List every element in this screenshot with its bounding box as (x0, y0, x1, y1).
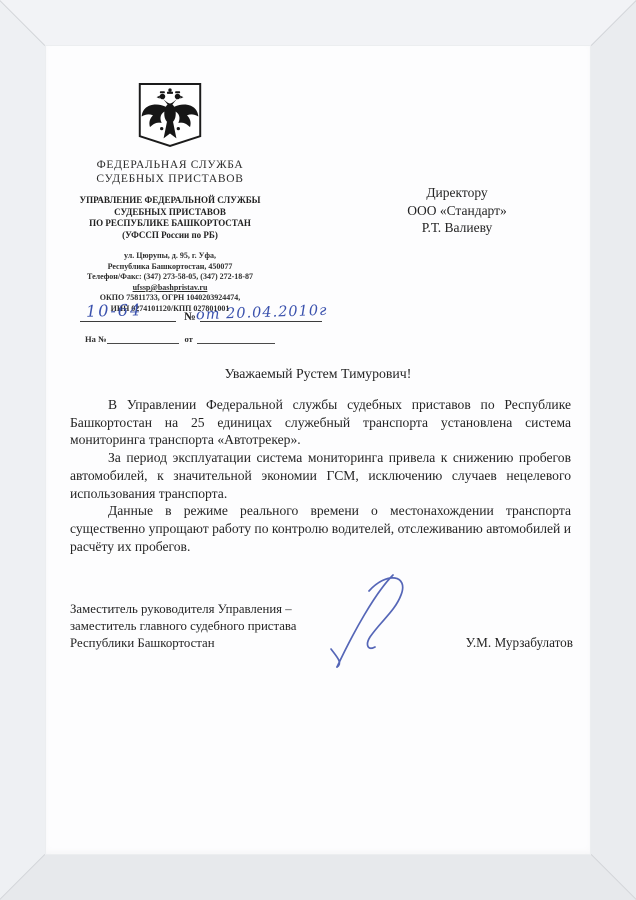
handwritten-signature-icon (323, 567, 438, 672)
salutation: Уважаемый Рустем Тимурович! (45, 366, 591, 382)
address-line: ул. Цюрупы, д. 95, г. Уфа, (61, 251, 279, 262)
agency-name-line: ФЕДЕРАЛЬНАЯ СЛУЖБА (61, 158, 279, 172)
recipient-block: Директору ООО «Стандарт» Р.Т. Валиеву (337, 184, 577, 237)
letter-body: В Управлении Федеральной службы судебных… (70, 396, 571, 555)
email-text: ufssp@bashpristav.ru (133, 283, 208, 292)
russian-coat-of-arms-icon (131, 81, 209, 149)
frame-edge-bottom (0, 855, 636, 900)
recipient-line: Директору (337, 184, 577, 202)
department-line: УПРАВЛЕНИЕ ФЕДЕРАЛЬНОЙ СЛУЖБЫ (61, 195, 279, 207)
number-blank-line (80, 321, 176, 322)
letterhead: ФЕДЕРАЛЬНАЯ СЛУЖБА СУДЕБНЫХ ПРИСТАВОВ УП… (61, 81, 279, 315)
agency-name: ФЕДЕРАЛЬНАЯ СЛУЖБА СУДЕБНЫХ ПРИСТАВОВ (61, 158, 279, 186)
department-line: ПО РЕСПУБЛИКЕ БАШКОРТОСТАН (61, 218, 279, 230)
recipient-line: ООО «Стандарт» (337, 202, 577, 220)
frame-edge-right (591, 0, 636, 900)
body-paragraph: Данные в режиме реального времени о мест… (70, 502, 571, 555)
department-line: СУДЕБНЫХ ПРИСТАВОВ (61, 207, 279, 219)
department-line: (УФССП России по РБ) (61, 230, 279, 242)
reply-reference-line: На №от (85, 333, 275, 349)
phone-line: Телефон/Факс: (347) 273-58-05, (347) 272… (61, 272, 279, 283)
handwritten-outgoing-number: 10-64 (86, 300, 143, 320)
outgoing-reference-line: № 10-64 от 20.04.2010г (80, 297, 330, 325)
reply-number-blank (107, 333, 179, 344)
number-sign: № (184, 311, 196, 323)
body-paragraph: В Управлении Федеральной службы судебных… (70, 396, 571, 449)
frame-edge-top (0, 0, 636, 45)
address-line: Республика Башкортостан, 450077 (61, 262, 279, 273)
agency-name-line: СУДЕБНЫХ ПРИСТАВОВ (61, 172, 279, 186)
reply-prefix: На № (85, 334, 107, 344)
recipient-line: Р.Т. Валиеву (337, 219, 577, 237)
department-name: УПРАВЛЕНИЕ ФЕДЕРАЛЬНОЙ СЛУЖБЫ СУДЕБНЫХ П… (61, 195, 279, 241)
frame-edge-left (0, 0, 45, 900)
reply-from-label: от (185, 334, 193, 344)
scanned-letter-photo: ФЕДЕРАЛЬНАЯ СЛУЖБА СУДЕБНЫХ ПРИСТАВОВ УП… (0, 0, 636, 900)
reply-date-blank (197, 333, 275, 344)
letter-page: ФЕДЕРАЛЬНАЯ СЛУЖБА СУДЕБНЫХ ПРИСТАВОВ УП… (45, 45, 591, 855)
body-paragraph: За период эксплуатации система мониторин… (70, 449, 571, 502)
signer-name: У.М. Мурзабулатов (375, 635, 573, 651)
